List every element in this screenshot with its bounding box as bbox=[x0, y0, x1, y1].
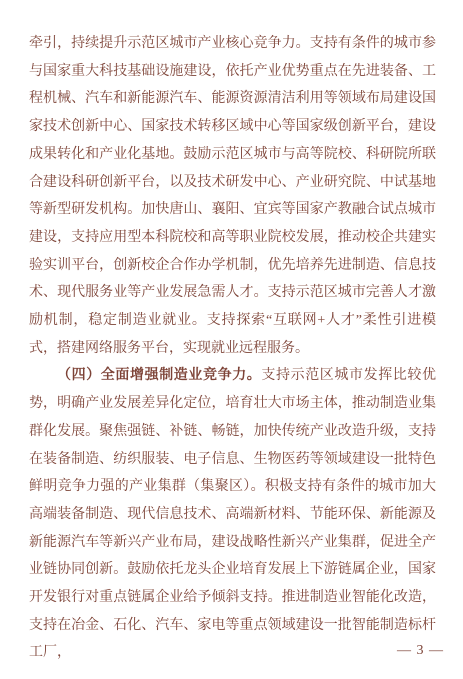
paragraph-continuation: 牵引，持续提升示范区城市产业核心竞争力。支持有条件的城市参与国家重大科技基础设施… bbox=[29, 30, 436, 362]
section-heading: （四）全面增强制造业竞争力。 bbox=[57, 368, 261, 383]
paragraph-text: 牵引，持续提升示范区城市产业核心竞争力。支持有条件的城市参与国家重大科技基础设施… bbox=[29, 36, 436, 356]
document-page: 牵引，持续提升示范区城市产业核心竞争力。支持有条件的城市参与国家重大科技基础设施… bbox=[0, 0, 463, 679]
page-number: — 3 — bbox=[397, 643, 444, 659]
document-body: 牵引，持续提升示范区城市产业核心竞争力。支持有条件的城市参与国家重大科技基础设施… bbox=[29, 30, 436, 667]
paragraph-section-4: （四）全面增强制造业竞争力。支持示范区城市发挥比较优势，明确产业发展差异化定位，… bbox=[29, 362, 436, 667]
paragraph-text: 支持示范区城市发挥比较优势，明确产业发展差异化定位，培育壮大市场主体，推动制造业… bbox=[29, 368, 436, 660]
